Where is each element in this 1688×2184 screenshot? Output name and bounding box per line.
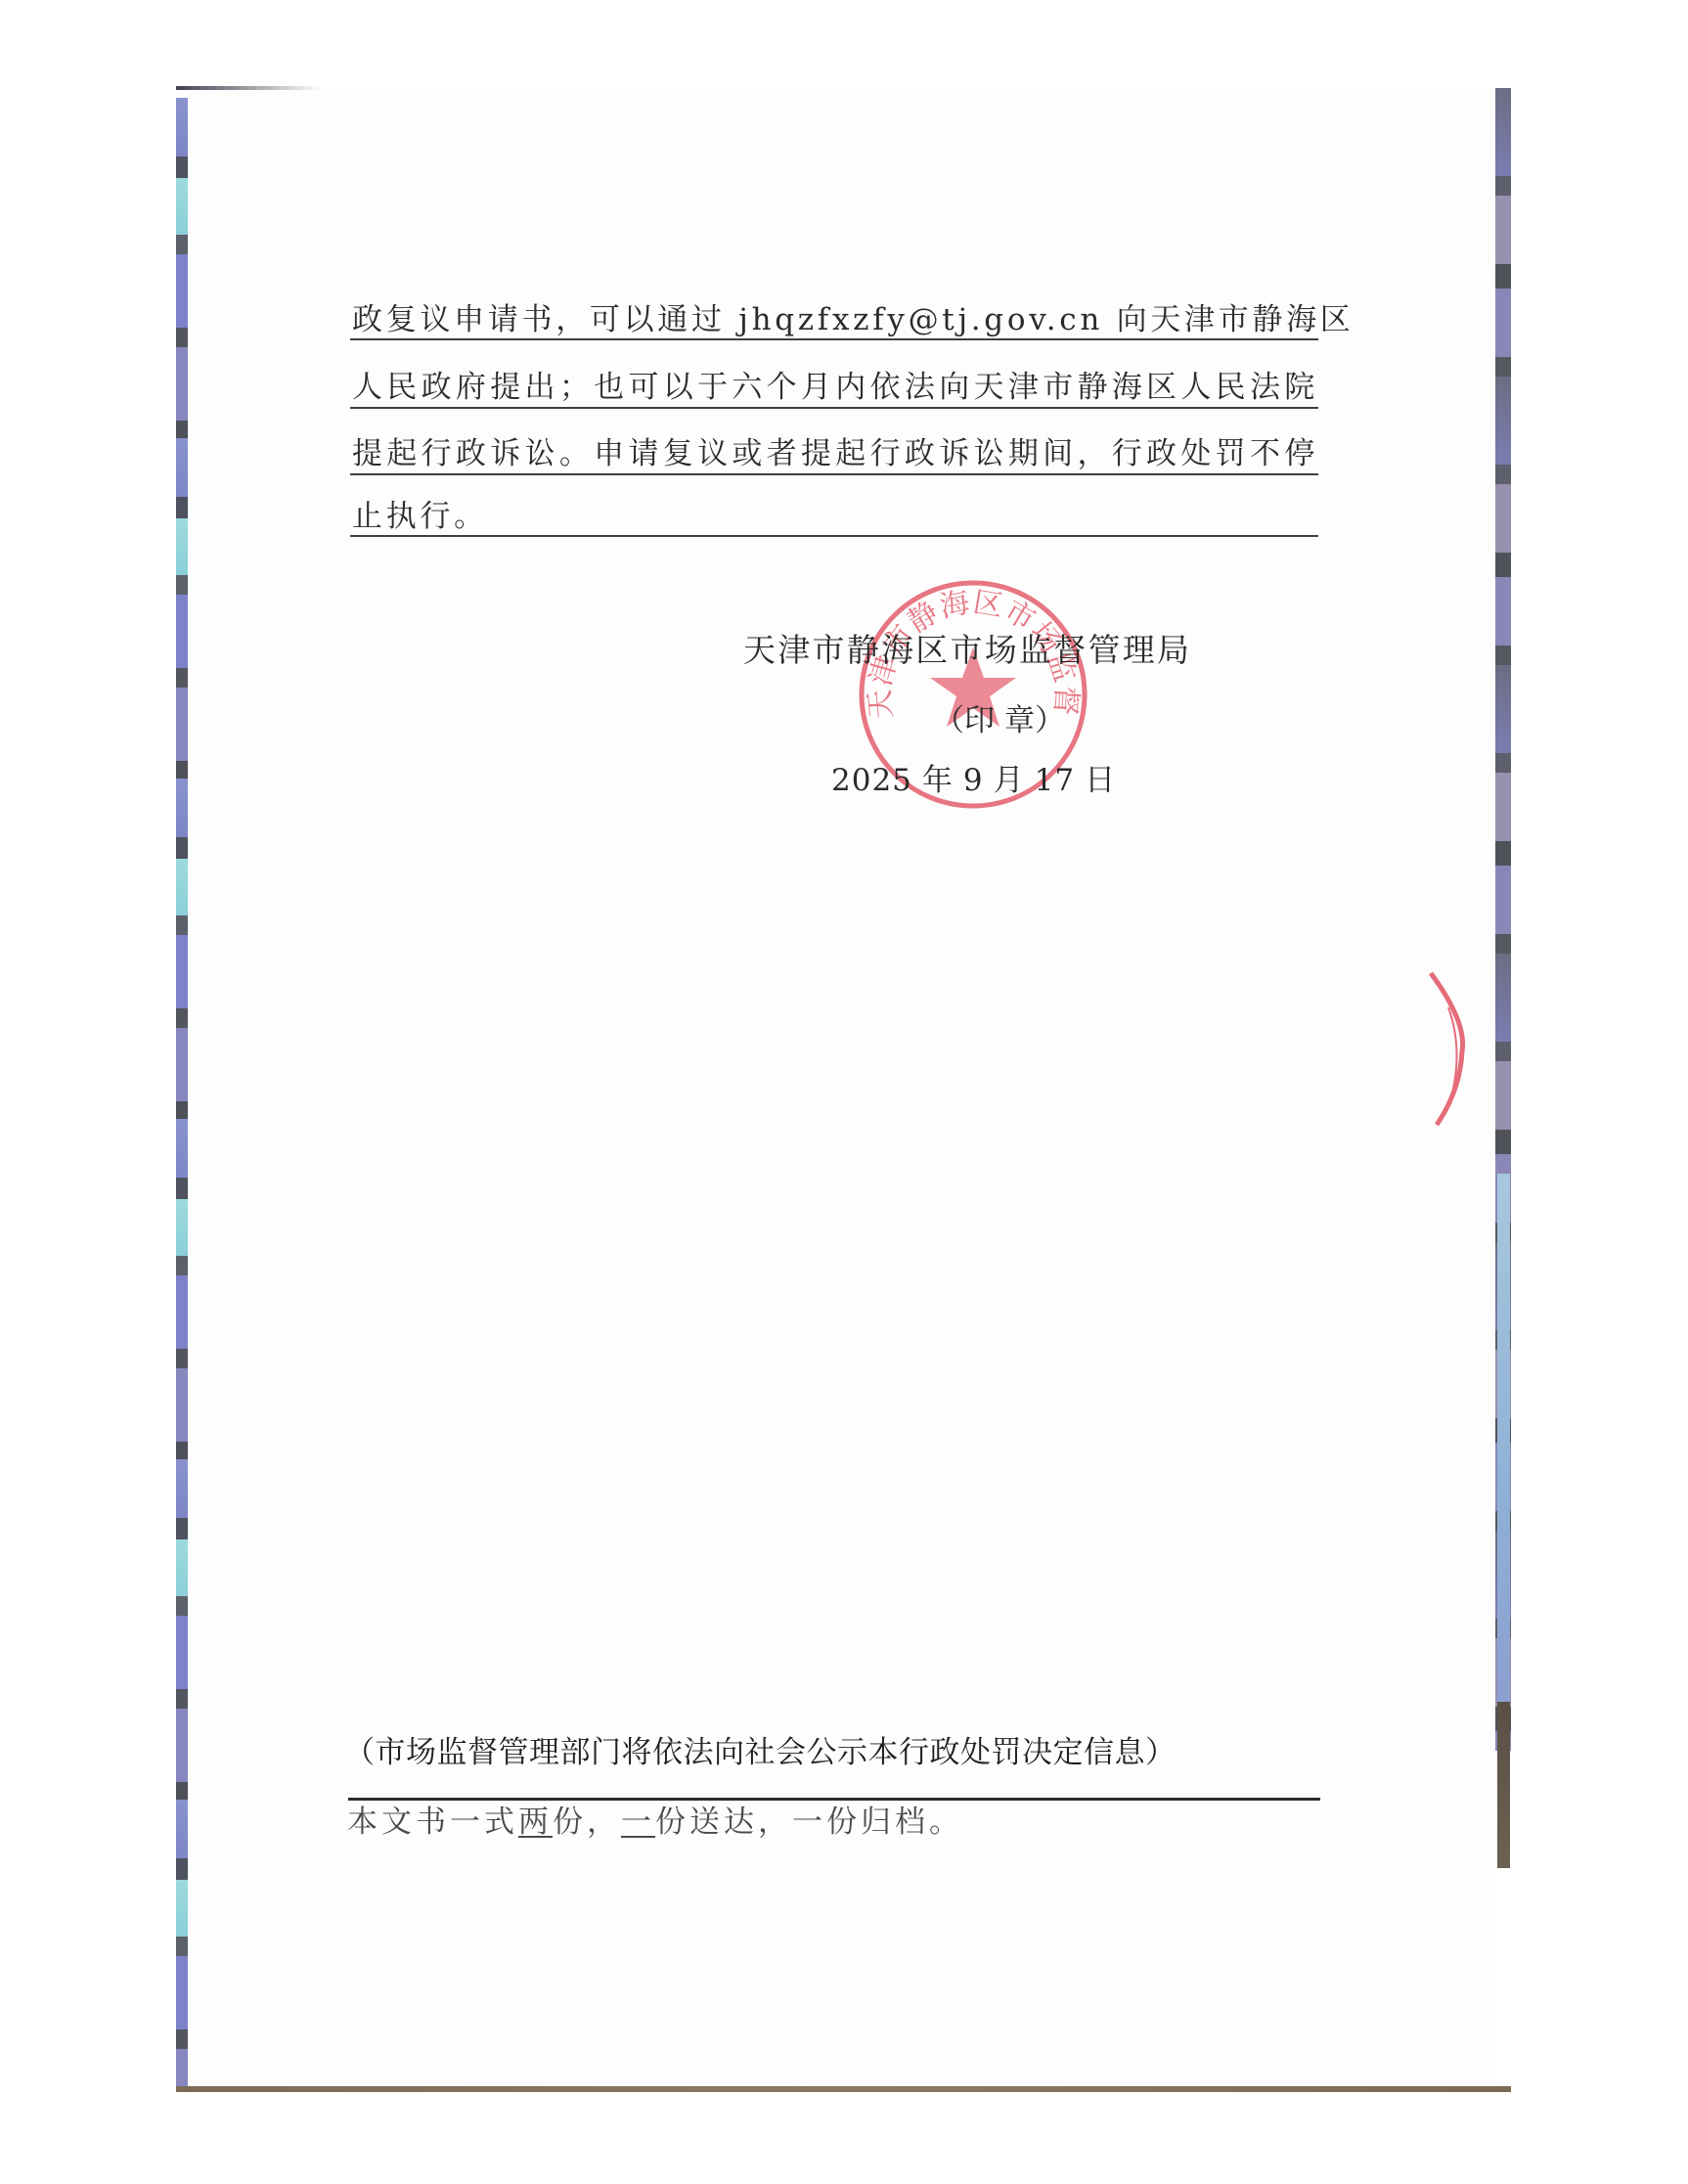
body-line-1: 政复议申请书，可以通过 jhqzfxzfy@tj.gov.cn 向天津市静海区 <box>352 300 1318 339</box>
body-underline-3 <box>350 473 1318 475</box>
date-day: 17 <box>1035 763 1075 798</box>
body-line-4: 止执行。 <box>352 497 1318 536</box>
copies-part-3: 份， <box>553 1805 621 1840</box>
copies-count-filled: 两 <box>518 1805 553 1840</box>
body-underline-2 <box>350 407 1318 409</box>
partial-seal-icon <box>1423 963 1482 1130</box>
date-month-unit: 月 <box>994 763 1025 798</box>
body-underline-4 <box>350 535 1318 537</box>
date-year-unit: 年 <box>922 763 954 798</box>
issue-date: 2025年9月17日 <box>831 760 1103 801</box>
date-month: 9 <box>963 763 984 798</box>
body-line-2: 人民政府提出；也可以于六个月内依法向天津市静海区人民法院 <box>352 368 1318 407</box>
issuing-agency: 天津市静海区市场监督管理局 <box>743 630 1191 671</box>
copies-delivered-filled: 一 <box>621 1805 655 1840</box>
body-underline-1 <box>350 338 1318 340</box>
seal-note: （印 章） <box>934 700 1065 741</box>
background-right-edge-dark <box>1497 1702 1510 1868</box>
date-day-unit: 日 <box>1085 763 1116 798</box>
copies-part-1: 本文书一式 <box>347 1805 518 1840</box>
public-disclosure-notice: （市场监督管理部门将依法向社会公示本行政处罚决定信息） <box>344 1733 1177 1772</box>
background-right-edge-lower <box>1497 1174 1510 1702</box>
copies-part-5: 份送达，一份归档。 <box>655 1805 963 1840</box>
background-bottom-edge <box>176 2086 1511 2092</box>
copies-statement: 本文书一式两份，一份送达，一份归档。 <box>347 1803 963 1842</box>
date-year: 2025 <box>831 763 912 798</box>
footer-rule <box>348 1798 1320 1801</box>
body-line-3: 提起行政诉讼。申请复议或者提起行政诉讼期间，行政处罚不停 <box>352 434 1318 473</box>
